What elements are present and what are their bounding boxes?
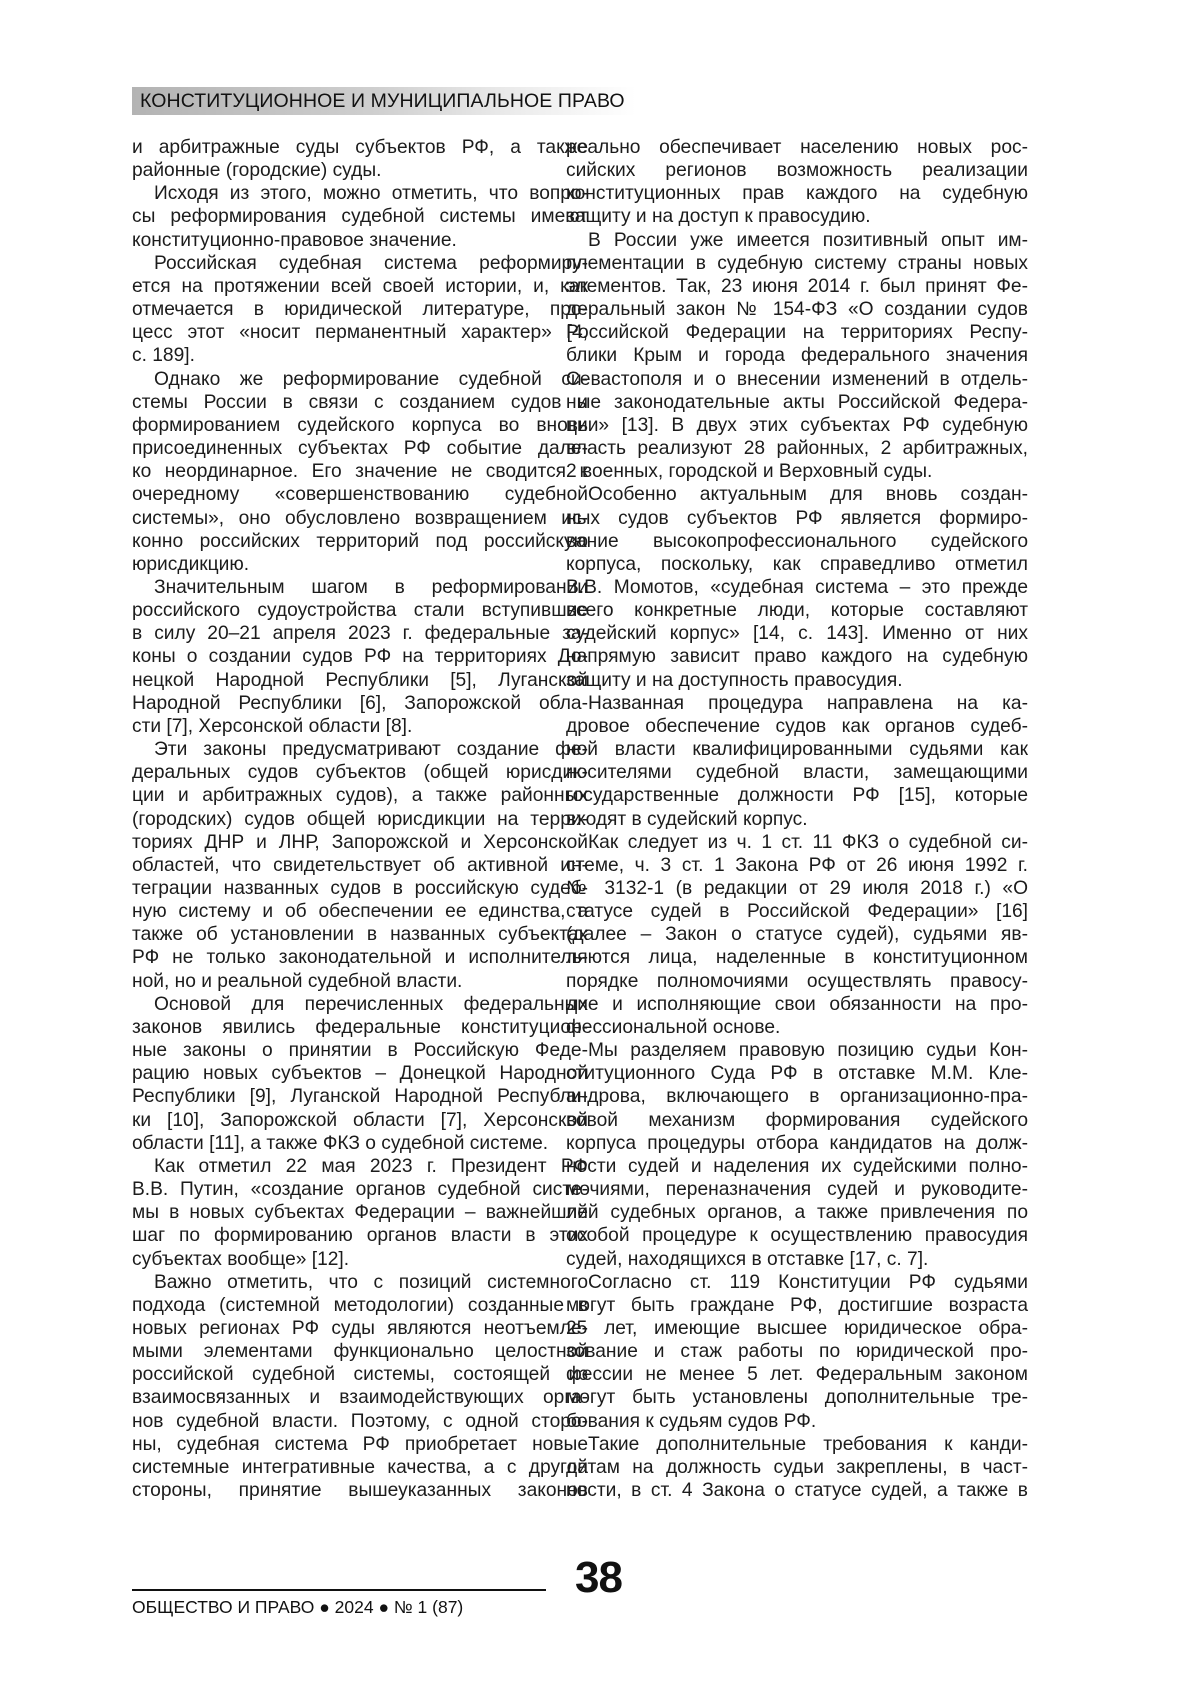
text-line: российского судоустройства стали вступив…	[132, 599, 588, 622]
text-line: российской судебной системы, состоящей и…	[132, 1363, 588, 1386]
text-line: Важно отметить, что с позиций системного	[132, 1271, 588, 1294]
text-line: системные интегративные качества, а с др…	[132, 1456, 588, 1479]
text-line: В.В. Путин, «создание органов судебной с…	[132, 1178, 588, 1201]
text-line: (далее – Закон о статусе судей), судьями…	[566, 923, 1028, 946]
text-line: плементации в судебную систему страны но…	[566, 252, 1028, 275]
paragraph: Согласно ст. 119 Конституции РФ судьямим…	[566, 1271, 1028, 1433]
paragraph: Мы разделяем правовую позицию судьи Кон-…	[566, 1039, 1028, 1271]
section-title: КОНСТИТУЦИОННОЕ И МУНИЦИПАЛЬНОЕ ПРАВО	[140, 90, 625, 113]
text-line: Эти законы предусматривают создание фе-	[132, 738, 588, 761]
text-line: ности, в ст. 4 Закона о статусе судей, а…	[566, 1479, 1028, 1502]
text-line: ется на протяжении всей своей истории, и…	[132, 275, 588, 298]
text-line: нов судебной власти. Поэтому, с одной ст…	[132, 1410, 588, 1433]
text-line: ности судей и наделения их судейскими по…	[566, 1155, 1028, 1178]
text-line: Основой для перечисленных федеральных	[132, 993, 588, 1016]
right-column: реально обеспечивает населению новых рос…	[566, 136, 1028, 1502]
text-line: фессиональной основе.	[566, 1016, 1028, 1039]
text-line: ную систему и об обеспечении ее единства…	[132, 900, 588, 923]
text-line: напрямую зависит право каждого на судебн…	[566, 645, 1028, 668]
text-line: В России уже имеется позитивный опыт им-	[566, 229, 1028, 252]
text-line: статусе судей в Российской Федерации» [1…	[566, 900, 1028, 923]
text-line: Мы разделяем правовую позицию судьи Кон-	[566, 1039, 1028, 1062]
paragraph: Основой для перечисленных федеральныхзак…	[132, 993, 588, 1155]
text-line: судей, находящихся в отставке [17, с. 7]…	[566, 1248, 1028, 1271]
text-line: сти [7], Херсонской области [8].	[132, 715, 588, 738]
text-line: ко неординарное. Его значение не сводитс…	[132, 460, 588, 483]
text-line: также об установлении в названных субъек…	[132, 923, 588, 946]
text-line: областей, что свидетельствует об активно…	[132, 854, 588, 877]
text-line: зование и стаж работы по юридической про…	[566, 1340, 1028, 1363]
text-line: мочиями, переназначения судей и руководи…	[566, 1178, 1028, 1201]
text-line: присоединенных субъектах РФ событие дале…	[132, 437, 588, 460]
text-line: субъектах вообще» [12].	[132, 1248, 588, 1271]
text-line: 25 лет, имеющие высшее юридическое обра-	[566, 1317, 1028, 1340]
text-line: нецкой Народной Республики [5], Луганско…	[132, 669, 588, 692]
paragraph: Однако же реформирование судебной си-сте…	[132, 368, 588, 576]
text-line: элементов. Так, 23 июня 2014 г. был прин…	[566, 275, 1028, 298]
text-line: особой процедуре к осуществлению правосу…	[566, 1224, 1028, 1247]
page-number: 38	[575, 1553, 622, 1603]
text-line: ные законы о принятии в Российскую Феде-	[132, 1039, 588, 1062]
paragraph: и арбитражные суды субъектов РФ, а также…	[132, 136, 588, 182]
text-line: блики Крым и города федерального значени…	[566, 344, 1028, 367]
journal-info: ОБЩЕСТВО И ПРАВО ● 2024 ● № 1 (87)	[132, 1597, 463, 1618]
text-line: В.В. Момотов, «судебная система – это пр…	[566, 576, 1028, 599]
journal-page: КОНСТИТУЦИОННОЕ И МУНИЦИПАЛЬНОЕ ПРАВО и …	[0, 0, 1200, 1698]
text-line: взаимосвязанных и взаимодействующих орга…	[132, 1386, 588, 1409]
text-line: Однако же реформирование судебной си-	[132, 368, 588, 391]
text-line: дровое обеспечение судов как органов суд…	[566, 715, 1028, 738]
text-line: всего конкретные люди, которые составляю…	[566, 599, 1028, 622]
footer-rule	[132, 1589, 546, 1591]
text-line: стороны, принятие вышеуказанных законов	[132, 1479, 588, 1502]
text-line: деральный закон № 154-ФЗ «О создании суд…	[566, 298, 1028, 321]
text-line: деральных судов субъектов (общей юрисдик…	[132, 761, 588, 784]
text-line: Российской Федерации на территориях Респ…	[566, 321, 1028, 344]
text-line: и арбитражные суды субъектов РФ, а также	[132, 136, 588, 159]
paragraph: Такие дополнительные требования к канди-…	[566, 1433, 1028, 1502]
text-line: Республики [9], Луганской Народной Респу…	[132, 1085, 588, 1108]
text-line: стеме, ч. 3 ст. 1 Закона РФ от 26 июня 1…	[566, 854, 1028, 877]
text-line: вовой механизм формирования судейского	[566, 1109, 1028, 1132]
text-line: формированием судейского корпуса во внов…	[132, 414, 588, 437]
paragraph: Как отметил 22 мая 2023 г. Президент РФВ…	[132, 1155, 588, 1271]
text-line: законов явились федеральные конституцион…	[132, 1016, 588, 1039]
text-line: Особенно актуальным для вновь создан-	[566, 483, 1028, 506]
text-line: ституционного Суда РФ в отставке М.М. Кл…	[566, 1062, 1028, 1085]
text-line: фессии не менее 5 лет. Федеральным закон…	[566, 1363, 1028, 1386]
paragraph: Исходя из этого, можно отметить, что воп…	[132, 182, 588, 251]
text-line: защиту и на доступность правосудия.	[566, 669, 1028, 692]
text-line: ляются лица, наделенные в конституционно…	[566, 946, 1028, 969]
paragraph: Названная процедура направлена на ка-дро…	[566, 692, 1028, 831]
text-line: 2 военных, городской и Верховный суды.	[566, 460, 1028, 483]
text-line: ной власти квалифицированными судьями ка…	[566, 738, 1028, 761]
paragraph: Российская судебная система реформиру-ет…	[132, 252, 588, 368]
paragraph: В России уже имеется позитивный опыт им-…	[566, 229, 1028, 484]
paragraph: Как следует из ч. 1 ст. 11 ФКЗ о судебно…	[566, 831, 1028, 1039]
text-line: ции» [13]. В двух этих субъектах РФ суде…	[566, 414, 1028, 437]
text-line: Как отметил 22 мая 2023 г. Президент РФ	[132, 1155, 588, 1178]
text-line: коны о создании судов РФ на территориях …	[132, 645, 588, 668]
text-line: ции и арбитражных судов), а также районн…	[132, 784, 588, 807]
section-header-bar: КОНСТИТУЦИОННОЕ И МУНИЦИПАЛЬНОЕ ПРАВО	[132, 87, 832, 115]
text-line: шаг по формированию органов власти в эти…	[132, 1224, 588, 1247]
text-line: носителями судебной власти, замещающими	[566, 761, 1028, 784]
paragraph: реально обеспечивает населению новых рос…	[566, 136, 1028, 229]
text-line: цесс этот «носит перманентный характер» …	[132, 321, 588, 344]
text-line: могут быть граждане РФ, достигшие возрас…	[566, 1294, 1028, 1317]
text-line: сы реформирования судебной системы имеют	[132, 205, 588, 228]
paragraph: Эти законы предусматривают создание фе-д…	[132, 738, 588, 993]
text-line: Как следует из ч. 1 ст. 11 ФКЗ о судебно…	[566, 831, 1028, 854]
text-line: сийских регионов возможность реализации	[566, 159, 1028, 182]
text-line: дие и исполняющие свои обязанности на пр…	[566, 993, 1028, 1016]
text-line: защиту и на доступ к правосудию.	[566, 205, 1028, 228]
text-line: ные законодательные акты Российской Феде…	[566, 391, 1028, 414]
text-line: подхода (системной методологии) созданны…	[132, 1294, 588, 1317]
text-line: входят в судейский корпус.	[566, 808, 1028, 831]
text-line: Такие дополнительные требования к канди-	[566, 1433, 1028, 1456]
text-line: очередному «совершенствованию судебной	[132, 483, 588, 506]
text-line: Исходя из этого, можно отметить, что воп…	[132, 182, 588, 205]
text-line: Значительным шагом в реформировании	[132, 576, 588, 599]
paragraph: Значительным шагом в реформированииросси…	[132, 576, 588, 738]
text-line: порядке полномочиями осуществлять правос…	[566, 970, 1028, 993]
text-line: конституционных прав каждого на судебную	[566, 182, 1028, 205]
text-line: бования к судьям судов РФ.	[566, 1410, 1028, 1433]
text-line: отмечается в юридической литературе, про…	[132, 298, 588, 321]
text-line: юрисдикцию.	[132, 553, 588, 576]
text-line: новых регионах РФ суды являются неотъемл…	[132, 1317, 588, 1340]
text-line: мы в новых субъектах Федерации – важнейш…	[132, 1201, 588, 1224]
text-line: конституционно-правовое значение.	[132, 229, 588, 252]
text-line: ки [10], Запорожской области [7], Херсон…	[132, 1109, 588, 1132]
text-line: лей судебных органов, а также привлечени…	[566, 1201, 1028, 1224]
text-line: конно российских территорий под российск…	[132, 530, 588, 553]
text-line: реально обеспечивает населению новых рос…	[566, 136, 1028, 159]
text-line: Согласно ст. 119 Конституции РФ судьями	[566, 1271, 1028, 1294]
text-line: районные (городские) суды.	[132, 159, 588, 182]
text-line: вание высокопрофессионального судейского	[566, 530, 1028, 553]
text-line: области [11], а также ФКЗ о судебной сис…	[132, 1132, 588, 1155]
left-column: и арбитражные суды субъектов РФ, а также…	[132, 136, 588, 1502]
text-line: № 3132-1 (в редакции от 29 июля 2018 г.)…	[566, 877, 1028, 900]
text-line: РФ не только законодательной и исполните…	[132, 946, 588, 969]
text-line: Севастополя и о внесении изменений в отд…	[566, 368, 1028, 391]
text-line: (городских) судов общей юрисдикции на те…	[132, 808, 588, 831]
text-line: теграции названных судов в российскую су…	[132, 877, 588, 900]
text-line: андрова, включающего в организационно-пр…	[566, 1085, 1028, 1108]
text-line: Названная процедура направлена на ка-	[566, 692, 1028, 715]
text-line: рацию новых субъектов – Донецкой Народно…	[132, 1062, 588, 1085]
text-line: датам на должность судьи закреплены, в ч…	[566, 1456, 1028, 1479]
text-line: ной, но и реальной судебной власти.	[132, 970, 588, 993]
text-line: мыми элементами функционально целостной	[132, 1340, 588, 1363]
text-line: системы», оно обусловлено возвращением и…	[132, 507, 588, 530]
text-line: Российская судебная система реформиру-	[132, 252, 588, 275]
text-line: власть реализуют 28 районных, 2 арбитраж…	[566, 437, 1028, 460]
paragraph: Особенно актуальным для вновь создан-ных…	[566, 483, 1028, 691]
text-line: государственные должности РФ [15], котор…	[566, 784, 1028, 807]
text-line: с. 189].	[132, 344, 588, 367]
paragraph: Важно отметить, что с позиций системного…	[132, 1271, 588, 1503]
text-line: могут быть установлены дополнительные тр…	[566, 1386, 1028, 1409]
text-line: Народной Республики [6], Запорожской обл…	[132, 692, 588, 715]
text-line: ны, судебная система РФ приобретает новы…	[132, 1433, 588, 1456]
text-line: стемы России в связи с созданием судов и	[132, 391, 588, 414]
text-line: ных судов субъектов РФ является формиро-	[566, 507, 1028, 530]
text-line: ториях ДНР и ЛНР, Запорожской и Херсонск…	[132, 831, 588, 854]
text-line: в силу 20–21 апреля 2023 г. федеральные …	[132, 622, 588, 645]
text-line: корпуса, поскольку, как справедливо отме…	[566, 553, 1028, 576]
text-line: корпуса процедуры отбора кандидатов на д…	[566, 1132, 1028, 1155]
text-line: судейский корпус» [14, с. 143]. Именно о…	[566, 622, 1028, 645]
